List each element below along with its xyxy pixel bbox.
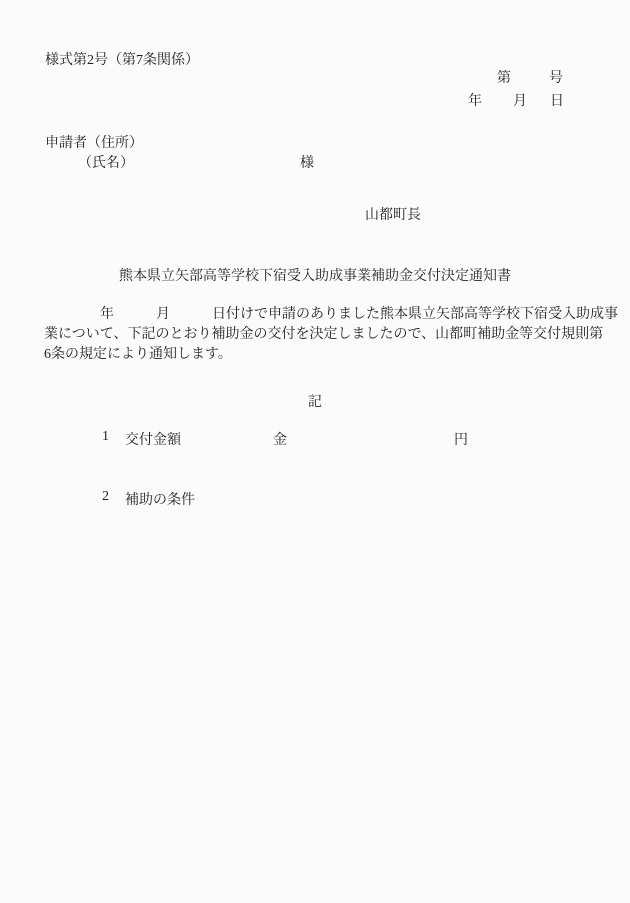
applicant-honorific: 様 [300,152,314,172]
item2-label: 補助の条件 [125,489,195,509]
date-day-label: 日 [550,90,564,110]
doc-number-prefix: 第 [497,67,511,87]
date-year-label: 年 [468,90,482,110]
date-month-label: 月 [513,90,527,110]
notice-document-page: 様式第2号（第7条関係） 第 号 年 月 日 申請者（住所） （氏名） 様 山都… [0,0,630,903]
record-marker: 記 [0,391,630,411]
form-style-label: 様式第2号（第7条関係） [45,49,199,69]
item1-number: 1 [102,429,109,445]
item1-amount-suffix: 円 [454,429,468,449]
body-line-1: 年 月 日付けで申請のありました熊本県立矢部高等学校下宿受入助成事 [44,305,596,325]
item2-number: 2 [102,489,109,505]
body-line-2: 業について、下記のとおり補助金の交付を決定しましたので、山都町補助金等交付規則第 [44,325,596,345]
document-title: 熊本県立矢部高等学校下宿受入助成事業補助金交付決定通知書 [0,265,630,285]
sender-name: 山都町長 [365,204,421,224]
item1-label: 交付金額 [125,429,181,449]
body-paragraph: 年 月 日付けで申請のありました熊本県立矢部高等学校下宿受入助成事 業について、… [44,305,596,365]
applicant-address-line: 申請者（住所） [45,132,143,152]
applicant-name-label: （氏名） [78,152,134,172]
doc-number-suffix: 号 [549,67,563,87]
item1-amount-prefix: 金 [273,429,287,449]
body-line-3: 6条の規定により通知します。 [44,345,596,365]
